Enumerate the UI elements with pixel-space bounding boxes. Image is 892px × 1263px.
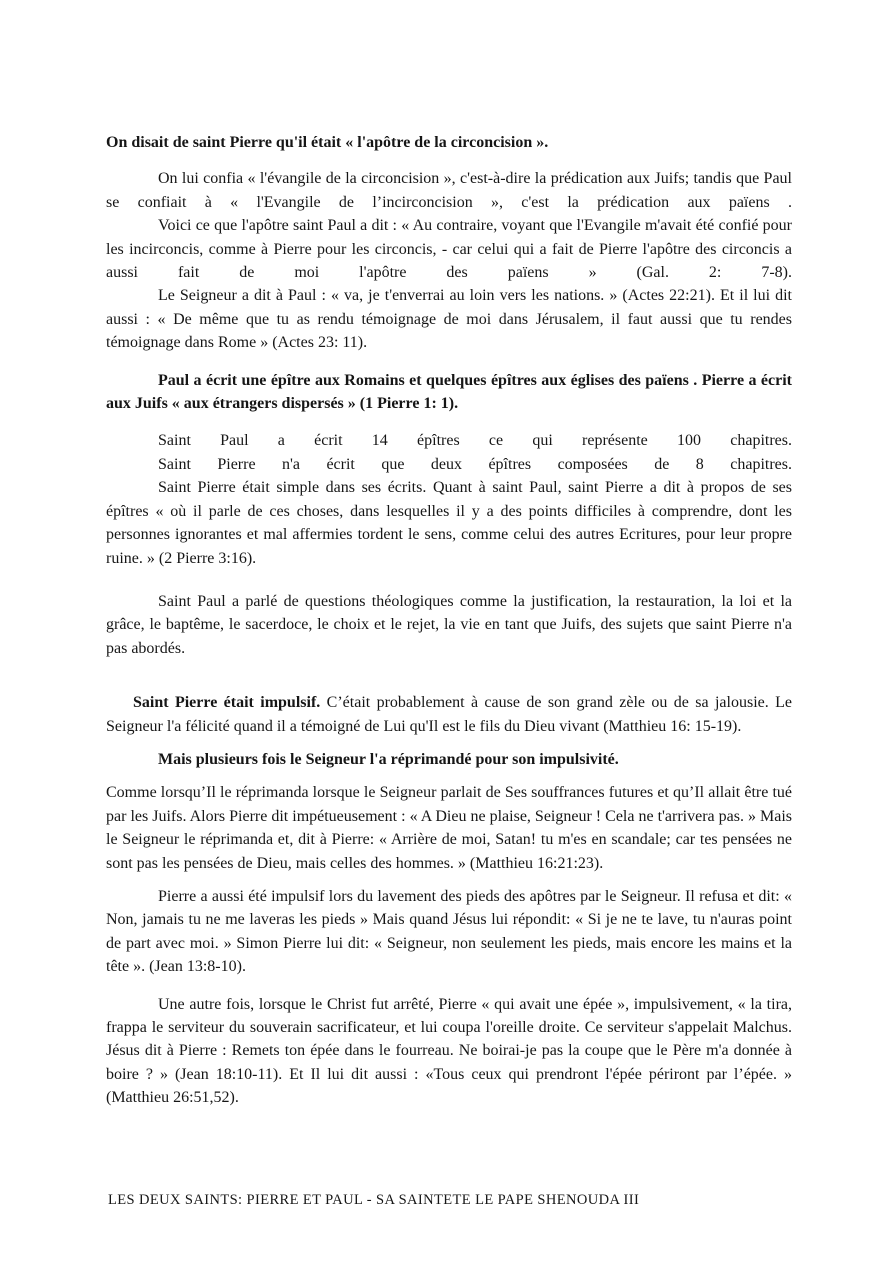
- paragraph-lavement-pieds: Pierre a aussi été impulsif lors du lave…: [106, 885, 792, 979]
- paragraph-deux-epitres: Saint Pierre n'a écrit que deux épîtres …: [106, 453, 792, 476]
- heading-apotre-circoncision: On disait de saint Pierre qu'il était « …: [106, 131, 792, 154]
- paragraph-reprimande-bold: Mais plusieurs fois le Seigneur l'a répr…: [106, 748, 792, 771]
- paragraph-pierre-impulsif-lead: Saint Pierre était impulsif.: [133, 694, 320, 711]
- paragraph-seigneur-dit-paul: Le Seigneur a dit à Paul : « va, je t'en…: [106, 284, 792, 354]
- paragraph-questions-theologiques: Saint Paul a parlé de questions théologi…: [106, 590, 792, 660]
- paragraph-voici-apotre-paul: Voici ce que l'apôtre saint Paul a dit :…: [106, 214, 792, 284]
- paragraph-evangile-circoncision: On lui confia « l'évangile de la circonc…: [106, 167, 792, 214]
- paragraph-quatorze-epitres: Saint Paul a écrit 14 épîtres ce qui rep…: [106, 429, 792, 452]
- footer-book-title: LES DEUX SAINTS: PIERRE ET PAUL - SA SAI…: [108, 1189, 639, 1212]
- paragraph-paul-epitres-bold: Paul a écrit une épître aux Romains et q…: [106, 369, 792, 416]
- paragraph-pierre-impulsif: Saint Pierre était impulsif. C’était pro…: [106, 691, 792, 738]
- paragraph-pierre-simple-ecrits: Saint Pierre était simple dans ses écrit…: [106, 476, 792, 570]
- paragraph-comme-reprimanda: Comme lorsqu’Il le réprimanda lorsque le…: [106, 781, 792, 875]
- paragraph-epee-malchus: Une autre fois, lorsque le Christ fut ar…: [106, 993, 792, 1110]
- document-page: On disait de saint Pierre qu'il était « …: [0, 0, 892, 1263]
